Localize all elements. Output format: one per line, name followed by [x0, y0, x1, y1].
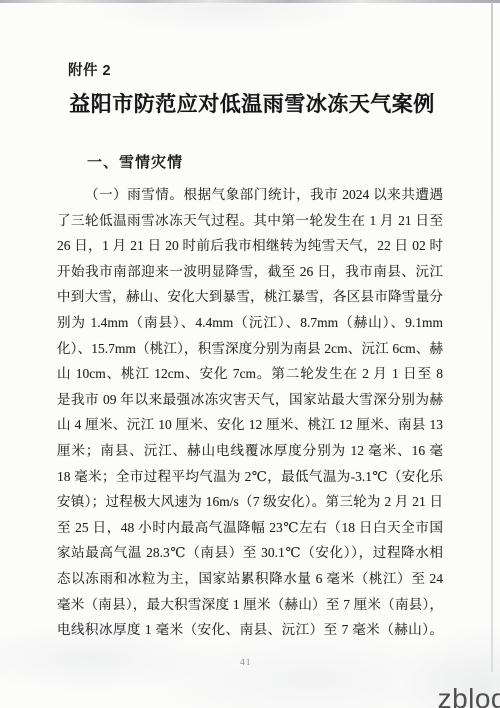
paragraph-line: 厘米；南县、沅江、赫山电线覆冰厚度分别为 12 毫米、16 毫米、: [57, 438, 443, 464]
paragraph-line: 电线积冰厚度 1 毫米（安化、南县、沅江）至 7 毫米（赫山）。: [57, 617, 443, 643]
paragraph-line: 山 10cm、桃江 12cm、安化 7cm。第二轮发生在 2 月 1 日至 8 …: [57, 361, 443, 387]
paragraph-line: 18 毫米；全市过程平均气温为 2℃，最低气温为-3.1℃（安化乐: [57, 464, 443, 490]
paragraph-line: 中到大雪，赫山、安化大到暴雪，桃江暴雪，各区县市降雪量分: [57, 284, 443, 310]
scan-top-edge-artifact: [0, 0, 500, 3]
scanned-document-page: 附件 2 益阳市防范应对低温雨雪冰冻天气案例 一、雪情灾情 （一）雨雪情。根据气…: [0, 0, 500, 708]
paragraph-line: 山 4 厘米、沅江 10 厘米、安化 12 厘米、桃江 12 厘米、南县 13: [57, 412, 443, 438]
document-title: 益阳市防范应对低温雨雪冰冻天气案例: [57, 90, 447, 118]
paragraph-line: 开始我市南部迎来一波明显降雪，截至 26 日，我市南县、沅江: [57, 259, 443, 285]
section-heading: 一、雪情灾情: [87, 151, 183, 172]
paragraph-line: 化）、15.7mm（桃江），积雪深度分别为南县 2cm、沅江 6cm、赫: [57, 336, 443, 362]
scan-right-edge-line: [491, 2, 493, 672]
page-number: 41: [240, 658, 252, 668]
paragraph-line: 家站最高气温 28.3℃（南县）至 30.1℃（安化）），过程降水相: [57, 540, 443, 566]
paragraph-line: 别为 1.4mm（南县）、4.4mm（沅江）、8.7mm（赫山）、9.1mm（安: [57, 310, 443, 336]
paragraph-line: 是我市 09 年以来最强冰冻灾害天气，国家站最大雪深分别为赫: [57, 387, 443, 413]
paragraph-line: 安镇）；过程极大风速为 16m/s（7 级安化）。第三轮为 2 月 21 日: [57, 489, 443, 515]
attachment-label: 附件 2: [68, 59, 111, 80]
paragraph-line: 毫米（南县），最大积雪深度 1 厘米（赫山）至 7 厘米（南县），: [57, 592, 443, 618]
paragraph-line: 态以冻雨和冰粒为主，国家站累积降水量 6 毫米（桃江）至 24: [57, 566, 443, 592]
body-paragraph: （一）雨雪情。根据气象部门统计，我市 2024 以来共遭遇了三轮低温雨雪冰冻天气…: [57, 182, 443, 643]
paragraph-line: 了三轮低温雨雪冰冻天气过程。其中第一轮发生在 1 月 21 日至: [57, 208, 443, 234]
watermark-text: zblog: [438, 683, 500, 708]
paragraph-line: 26 日，1 月 21 日 20 时前后我市相继转为纯雪天气，22 日 02 时: [57, 233, 443, 259]
paragraph-line: 至 25 日，48 小时内最高气温降幅 23℃左右（18 日白天全市国: [57, 515, 443, 541]
paragraph-line: （一）雨雪情。根据气象部门统计，我市 2024 以来共遭遇: [57, 182, 443, 208]
